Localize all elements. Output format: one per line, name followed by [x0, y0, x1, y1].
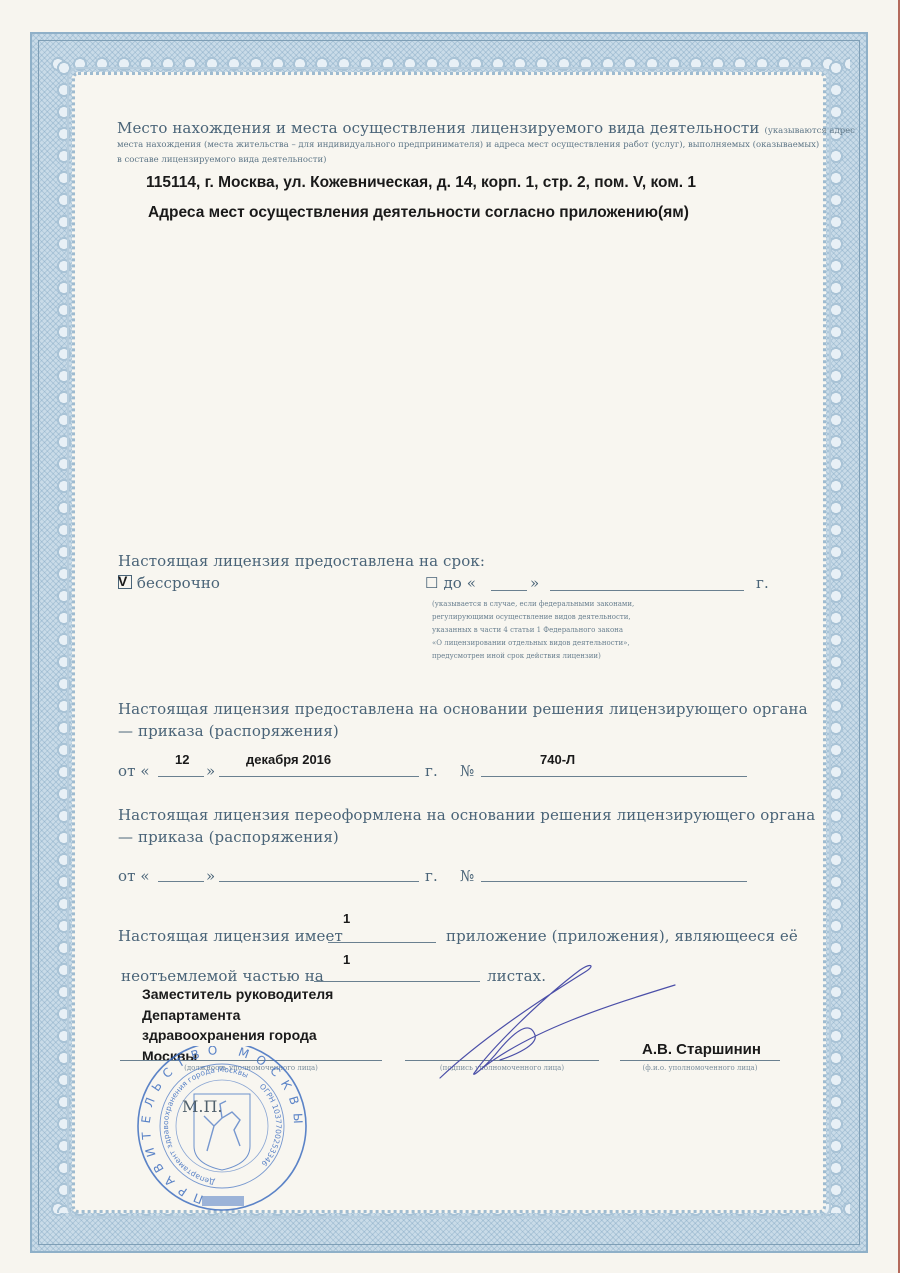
perpetual-label: бессрочно — [137, 574, 220, 592]
reissued-heading-line-1: Настоящая лицензия переоформлена на осно… — [118, 806, 815, 824]
reissued-close-quote: » — [206, 867, 215, 885]
granted-month-year: декабря 2016 — [246, 752, 331, 767]
sheet-count: 1 — [343, 952, 350, 967]
seal-place-label: М.П. — [182, 1097, 223, 1116]
until-close-quote: » — [530, 574, 539, 592]
border-scallop-top — [50, 56, 850, 72]
license-address: 115114, г. Москва, ул. Кожевническая, д.… — [146, 174, 696, 192]
term-note: (указывается в случае, если федеральными… — [432, 598, 672, 663]
reissued-number-line — [481, 881, 747, 882]
reissued-from-label: от « — [118, 867, 150, 885]
location-heading-note: (указываются адрес — [765, 126, 855, 136]
perpetual-checkbox[interactable]: V — [118, 575, 132, 589]
stamp-ogrn: ОГРН 1037700253346 — [258, 1082, 283, 1168]
reissued-day-line — [158, 881, 204, 882]
until-label: до « — [443, 574, 476, 592]
granted-number-label: № — [460, 762, 474, 780]
term-perpetual-option: V бессрочно — [118, 574, 220, 592]
appendix-line1-prefix: Настоящая лицензия имеет — [118, 927, 343, 945]
granted-heading-line-2: — приказа (распоряжения) — [118, 722, 339, 740]
location-heading-line: Место нахождения и места осуществления л… — [117, 118, 807, 139]
location-heading: Место нахождения и места осуществления л… — [117, 119, 759, 137]
until-day-line — [491, 590, 527, 591]
activity-addresses-note: Адреса мест осуществления деятельности с… — [148, 204, 689, 222]
appendix-count-line — [328, 942, 436, 943]
location-note-line-3: в составе лицензируемого вида деятельнос… — [117, 153, 326, 168]
handwritten-signature — [420, 960, 680, 1080]
reissued-number-label: № — [460, 867, 474, 885]
reissued-month-line — [219, 881, 419, 882]
appendix-line1-suffix: приложение (приложения), являющееся её — [446, 927, 798, 945]
until-checkbox[interactable]: ☐ — [425, 574, 439, 592]
appendix-line2-prefix: неотъемлемой частью на — [121, 967, 324, 985]
term-heading: Настоящая лицензия предоставлена на срок… — [118, 552, 485, 570]
granted-day: 12 — [175, 752, 189, 767]
granted-number: 740-Л — [540, 752, 575, 767]
until-year-suffix: г. — [756, 574, 769, 592]
border-scallop-right — [828, 60, 844, 1213]
reissued-heading-line-2: — приказа (распоряжения) — [118, 828, 339, 846]
granted-heading-line-1: Настоящая лицензия предоставлена на осно… — [118, 700, 808, 718]
until-month-line — [550, 590, 744, 591]
check-mark-icon: V — [118, 573, 127, 589]
official-stamp: ПРАВИТЕЛЬСТВО МОСКВЫ Департамент здравоо… — [122, 1046, 322, 1216]
granted-close-quote: » — [206, 762, 215, 780]
svg-text:ОГРН 1037700253346: ОГРН 1037700253346 — [258, 1082, 283, 1168]
granted-year-suffix: г. — [425, 762, 438, 780]
granted-number-line — [481, 776, 747, 777]
term-until-option: ☐ до « — [425, 574, 476, 592]
granted-day-line — [158, 776, 204, 777]
reissued-year-suffix: г. — [425, 867, 438, 885]
granted-from-label: от « — [118, 762, 150, 780]
location-note-line-2: места нахождения (места жительства – для… — [117, 138, 819, 153]
granted-month-line — [219, 776, 419, 777]
border-scallop-left — [56, 60, 72, 1213]
appendix-count: 1 — [343, 911, 350, 926]
